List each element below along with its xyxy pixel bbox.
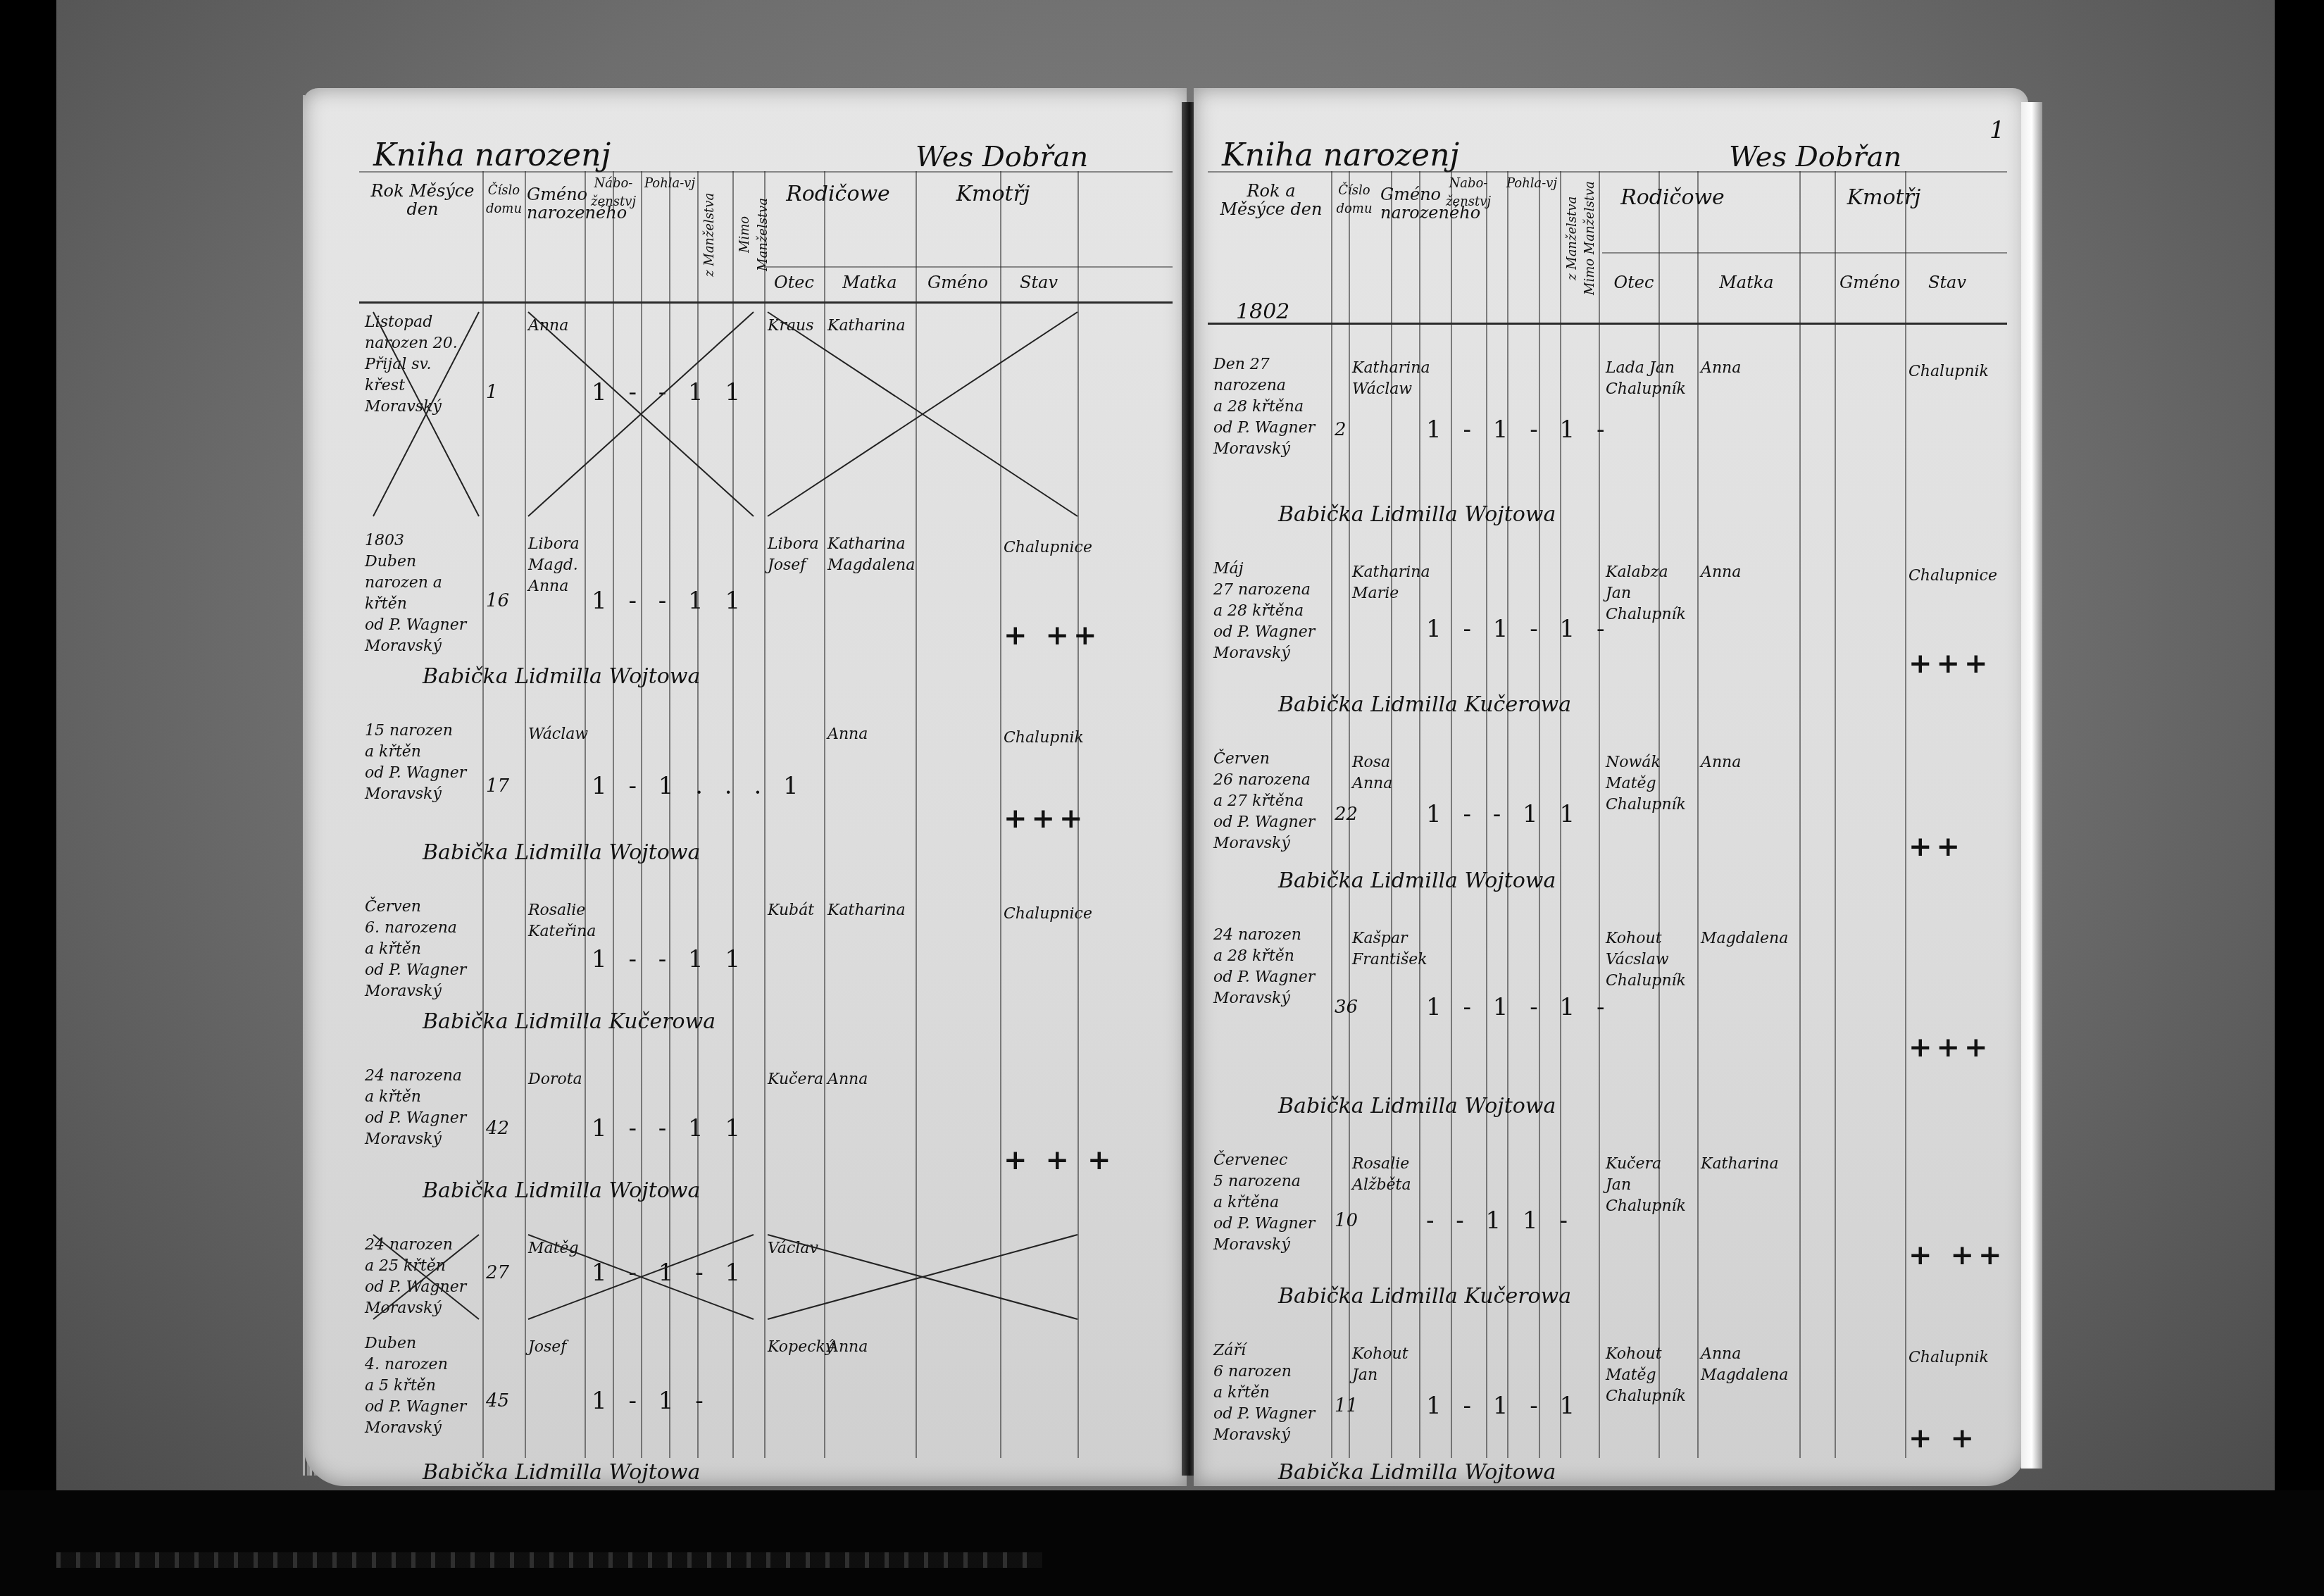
register-entry: Červen 26 narozena a 27 křtěna od P. Wag… [1208, 742, 2007, 918]
header-pohlavi: Pohla-vj [642, 175, 697, 193]
entry-date: Den 27 narozena a 28 křtěna od P. Wagner… [1213, 354, 1330, 460]
entry-midwife: Babička Lidmilla Wojtowa [423, 664, 700, 689]
entry-midwife: Babička Lidmilla Kučerowa [1278, 1284, 1571, 1309]
register-entry: 1803 Duben narozen a křtěn od P. Wagner … [359, 523, 1173, 713]
entry-midwife: Babička Lidmilla Wojtowa [423, 840, 700, 865]
register-entry: Září 6 narozen a křtěn od P. Wagner Mora… [1208, 1333, 2007, 1486]
header-matka: Matka [827, 273, 912, 292]
entry-marks: 1 - - 1 1 [592, 590, 747, 611]
entry-crosses: +++ [1004, 802, 1087, 835]
header-kmotri: Kmotřj [923, 185, 1063, 204]
entry-father: Lada Jan Chalupník [1606, 358, 1683, 400]
entry-father: Kohout Matěg Chalupník [1606, 1344, 1683, 1407]
header-matka-right: Matka [1701, 273, 1792, 292]
entry-crosses: +++ [1908, 647, 1992, 680]
entry-date: Červen 26 narozena a 27 křtěna od P. Wag… [1213, 749, 1330, 854]
entry-mother: Katharina Magdalena [827, 534, 919, 576]
header-jmeno-right: Gméno narozeného [1380, 185, 1437, 222]
header-cislo-domu: Číslo domu [485, 182, 523, 218]
entry-midwife: Babička Lidmilla Wojtowa [1278, 1094, 1556, 1118]
scale-ruler [56, 1552, 1042, 1568]
page-title-right: Kniha narozenj [1222, 137, 1459, 173]
page-title: Kniha narozenj [373, 137, 611, 173]
header-kmotri-jmeno-right: Gméno [1838, 273, 1901, 292]
page-number: 1 [1989, 116, 2005, 144]
entry-marks: 1 - - 1 1 [1426, 804, 1582, 825]
entry-name: Kašpar František [1352, 928, 1416, 971]
header-kmotri-stav: Stav [1004, 273, 1074, 292]
entry-house: 2 [1335, 419, 1347, 440]
entry-mother: Magdalena [1701, 928, 1792, 949]
entry-mother: Anna [1701, 358, 1792, 379]
page-location: Wes Dobřan [916, 141, 1088, 173]
entry-date: Máj 27 narozena a 28 křtěna od P. Wagner… [1213, 559, 1330, 664]
entry-marks: 1 - 1 . . . 1 [592, 775, 806, 797]
entry-mother: Katharina [827, 900, 919, 921]
header-kmotri-right: Kmotřj [1813, 189, 1954, 207]
right-register-grid: Rok a Měsýce den Číslo domu Gméno naroze… [1208, 171, 2007, 1458]
left-page: Kniha narozenj Wes Dobřan Rok Měsýce den… [303, 88, 1187, 1486]
entry-date: 1803 Duben narozen a křtěn od P. Wagner … [365, 530, 481, 657]
entry-crosses: + + [1908, 1421, 1978, 1454]
entry-mother: Anna [1701, 752, 1792, 773]
year-label: 1802 [1236, 299, 1289, 324]
entry-marks: 1 - - 1 1 [592, 1118, 747, 1139]
entry-name: Rosalie Alžběta [1352, 1154, 1416, 1196]
entry-godparent-stav: Chalupnik [1004, 728, 1081, 749]
header-nabozenstvi: Nábo-ženstvj [586, 175, 641, 211]
entry-name: Kohout Jan [1352, 1344, 1416, 1386]
header-jmeno: Gméno narozeného [527, 185, 583, 222]
entry-crosses: ++ [1908, 830, 1964, 863]
entry-marks: 1 - - 1 1 [592, 949, 747, 970]
entry-godparent-stav: Chalupnice [1004, 904, 1081, 925]
entry-date: Září 6 narozen a křtěn od P. Wagner Mora… [1213, 1340, 1330, 1446]
register-entry: 24 narozena a křtěn od P. Wagner Moravsk… [359, 1059, 1173, 1228]
entry-date: 24 narozen a 28 křtěn od P. Wagner Morav… [1213, 925, 1330, 1009]
entry-date: Červen 6. narozena a křtěn od P. Wagner … [365, 897, 481, 1002]
register-entry: Červenec 5 narozena a křtěna od P. Wagne… [1208, 1143, 2007, 1333]
header-kmotri-jmeno: Gméno [919, 273, 997, 292]
page-location-right: Wes Dobřan [1729, 141, 1901, 173]
entry-mother: Anna [827, 1337, 919, 1358]
entry-crosses: + ++ [1908, 1238, 2006, 1271]
entry-name: Wáclaw [528, 724, 592, 745]
header-kmotri-stav-right: Stav [1912, 273, 1982, 292]
entry-father: Kučera Jan Chalupník [1606, 1154, 1683, 1217]
entry-crosses: + ++ [1004, 618, 1101, 652]
header-rodice: Rodičowe [775, 185, 901, 204]
header-otec-right: Otec [1609, 273, 1658, 292]
register-entry: 24 narozen a 28 křtěn od P. Wagner Morav… [1208, 918, 2007, 1143]
entry-mother: Anna [1701, 562, 1792, 583]
entry-marks: - - 1 1 - [1426, 1210, 1575, 1231]
entry-father: Kalabza Jan Chalupník [1606, 562, 1683, 625]
page-edges-right [2021, 102, 2042, 1469]
register-entry: Máj 27 narozena a 28 křtěna od P. Wagner… [1208, 551, 2007, 742]
entry-name: Rosalie Kateřina [528, 900, 592, 942]
entry-crosses: +++ [1908, 1030, 1992, 1064]
entry-mother: Katharina [1701, 1154, 1792, 1175]
entry-midwife: Babička Lidmilla Wojtowa [1278, 502, 1556, 527]
entry-date: Duben 4. narozen a 5 křtěn od P. Wagner … [365, 1333, 481, 1439]
entry-house: 10 [1335, 1210, 1358, 1231]
entry-godparent-stav: Chalupnice [1908, 566, 1986, 587]
entry-name: Katharina Marie [1352, 562, 1416, 604]
entry-father: Nowák Matěg Chalupník [1606, 752, 1683, 816]
entry-midwife: Babička Lidmilla Wojtowa [423, 1178, 700, 1203]
entry-name: Josef [528, 1337, 592, 1358]
entry-name: Libora Magd. Anna [528, 534, 592, 597]
header-rok-right: Rok a Měsýce den [1215, 182, 1327, 218]
register-entry: 15 narozen a křtěn od P. Wagner Moravský… [359, 713, 1173, 890]
entry-marks: 1 - 1 - 1 - [1426, 419, 1611, 440]
entry-midwife: Babička Lidmilla Kučerowa [1278, 692, 1571, 717]
header-pohlavi-right: Pohla-vj [1504, 175, 1560, 193]
entry-mother: Anna [827, 1069, 919, 1090]
entry-midwife: Babička Lidmilla Wojtowa [1278, 868, 1556, 893]
entry-name: Dorota [528, 1069, 592, 1090]
entry-house: 16 [486, 590, 509, 611]
register-entry: Listopad narozen 20. Přijal sv. křest Mo… [359, 305, 1173, 523]
register-entry: Červen 6. narozena a křtěn od P. Wagner … [359, 890, 1173, 1059]
register-entry: 24 narozen a 25 křtěn od P. Wagner Morav… [359, 1228, 1173, 1326]
film-border [0, 1490, 2324, 1596]
entry-name: Katharina Wáclaw [1352, 358, 1416, 400]
entry-house: 11 [1335, 1395, 1358, 1416]
entry-house: 22 [1335, 804, 1358, 825]
entry-midwife: Babička Lidmilla Kučerowa [423, 1009, 716, 1034]
header-manzelske: z Manželstva [701, 178, 719, 291]
right-page: Kniha narozenj Wes Dobřan 1 Rok a Měsýce… [1194, 88, 2028, 1486]
entry-house: 36 [1335, 997, 1358, 1018]
entry-date: Červenec 5 narozena a křtěna od P. Wagne… [1213, 1150, 1330, 1256]
left-register-grid: Rok Měsýce den Číslo domu Gméno narozené… [359, 171, 1173, 1458]
entry-crosses: + + + [1004, 1143, 1115, 1176]
entry-house: 45 [486, 1390, 509, 1411]
entry-godparent-stav: Chalupnik [1908, 1347, 1986, 1369]
cross-out-mark [359, 1228, 1169, 1326]
header-otec: Otec [768, 273, 820, 292]
entry-name: Rosa Anna [1352, 752, 1416, 794]
entry-date: 24 narozena a křtěn od P. Wagner Moravsk… [365, 1066, 481, 1150]
entry-mother: Anna [827, 724, 919, 745]
register-book: Kniha narozenj Wes Dobřan Rok Měsýce den… [303, 88, 2028, 1486]
entry-midwife: Babička Lidmilla Wojtowa [423, 1460, 700, 1485]
entry-father: Kohout Vácslaw Chalupník [1606, 928, 1683, 992]
entry-house: 42 [486, 1118, 509, 1139]
entry-house: 17 [486, 775, 509, 797]
entry-godparent-stav: Chalupnik [1908, 361, 1986, 382]
entry-marks: 1 - 1 - [592, 1390, 711, 1411]
entry-marks: 1 - 1 - 1 - [1426, 618, 1611, 640]
header-nemanzelske-right: Mimo Manželstva [1581, 178, 1599, 298]
entry-midwife: Babička Lidmilla Wojtowa [1278, 1460, 1556, 1485]
entry-date: 15 narozen a křtěn od P. Wagner Moravský [365, 721, 481, 805]
header-manzelske-right: z Manželstva [1563, 178, 1582, 298]
entry-mother: Anna Magdalena [1701, 1344, 1792, 1386]
register-entry: Den 27 narozena a 28 křtěna od P. Wagner… [1208, 347, 2007, 551]
register-entry: Duben 4. narozen a 5 křtěn od P. Wagner … [359, 1326, 1173, 1486]
entry-marks: 1 - 1 - 1 - [1426, 997, 1611, 1018]
header-nabozenstvi-right: Nabo-ženstvj [1440, 175, 1497, 211]
header-cislo-domu-right: Číslo domu [1333, 182, 1375, 218]
entry-marks: 1 - 1 - 1 [1426, 1395, 1582, 1416]
entry-godparent-stav: Chalupnice [1004, 537, 1081, 559]
header-rodice-right: Rodičowe [1609, 189, 1736, 207]
cross-out-mark [359, 305, 1169, 523]
header-rok: Rok Měsýce den [366, 182, 479, 218]
